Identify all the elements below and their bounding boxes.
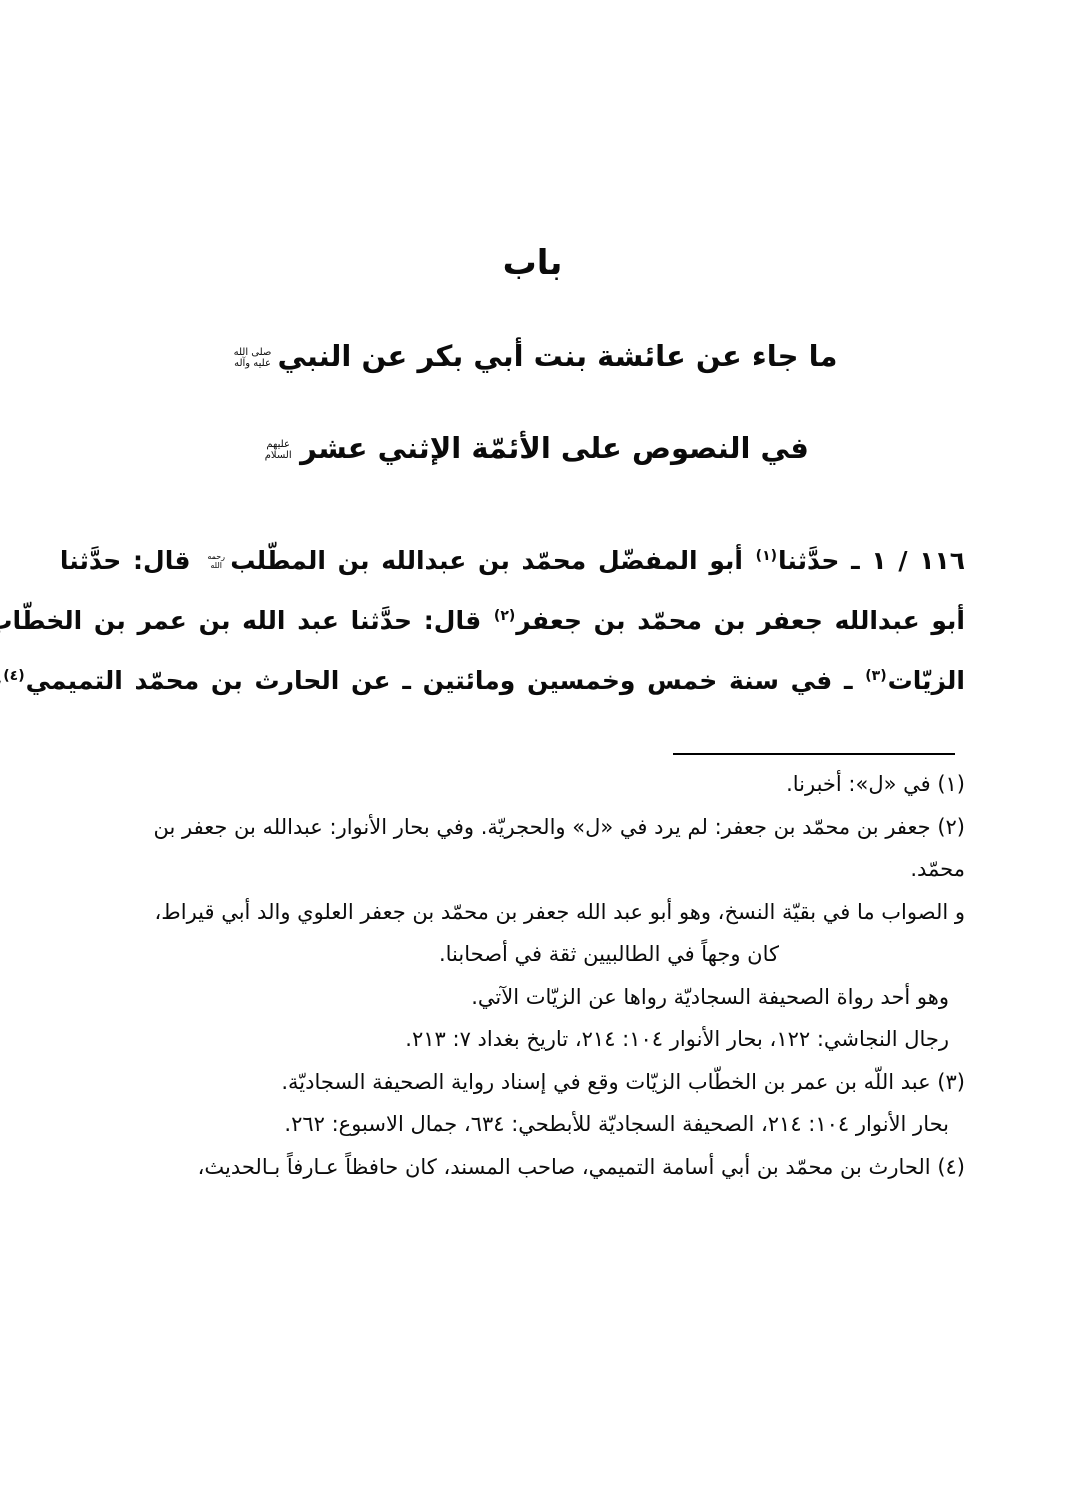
footnote-3-refs: بحار الأنوار ١٠٤: ٢١٤، الصحيفة السجاديّة… [100,1103,965,1146]
honorific-alayhim-assalam-icon: عليهم السلام [260,439,296,461]
section-subtitle-text: في النصوص على الأئمّة الإثني عشر [300,431,809,465]
section-subtitle: في النصوص على الأئمّة الإثني عشرعليهم ال… [100,431,965,465]
hadith-line-2: أبو عبدالله جعفر بن محمّد بن جعفر(٢) قال… [100,591,965,651]
footnote-2-line-2: محمّد. [100,848,965,891]
footnote-2-line-4: كان وجهاً في الطالبيين ثقة في أصحابنا. [100,933,965,976]
footnote-2-refs: رجال النجاشي: ١٢٢، بحار الأنوار ١٠٤: ٢١٤… [100,1018,965,1061]
book-page: باب ما جاء عن عائشة بنت أبي بكر عن النبي… [0,0,1067,1496]
footnote-2-line-5: وهو أحد رواة الصحيفة السجاديّة رواها عن … [100,976,965,1019]
chapter-heading: باب [100,243,965,283]
hadith-line-1: ١١٦ / ١ ـ حدَّثنا(١) أبو المفضّل محمّد ب… [100,531,965,591]
hadith-line-1-text: ١١٦ / ١ ـ حدَّثنا [778,546,965,575]
footnote-2-line-3: و الصواب ما في بقيّة النسخ، وهو أبو عبد … [100,891,965,934]
hadith-line-3-text: الزيّات [888,666,965,695]
footnote-ref-2: (٢) [494,608,515,624]
hadith-line-1-text3: قال: حدَّثنا [60,546,202,575]
section-title: ما جاء عن عائشة بنت أبي بكر عن النبيصلى … [100,339,965,373]
honorific-seal-icon: رحمه الله [204,553,228,571]
footnote-1: (١) في «ل»: أخبرنا. [100,763,965,806]
section-title-text: ما جاء عن عائشة بنت أبي بكر عن النبي [278,339,838,373]
hadith-paragraph: ١١٦ / ١ ـ حدَّثنا(١) أبو المفضّل محمّد ب… [100,531,965,711]
hadith-line-2-text: أبو عبدالله جعفر بن محمّد بن جعفر [516,606,965,635]
footnote-ref-4: (٤) [3,668,24,684]
footnote-separator [673,753,955,755]
footnote-ref-1: (١) [756,548,777,564]
hadith-line-3-text3: ، [0,666,2,695]
hadith-line-1-text2: أبو المفضّل محمّد بن عبدالله بن المطّلب [230,546,754,575]
hadith-line-3: الزيّات(٣) ـ في سنة خمس وخمسين ومائتين ـ… [100,651,965,711]
honorific-sallallahu-icon: صلى الله عليه وآله [232,347,274,369]
footnotes-block: (١) في «ل»: أخبرنا. (٢) جعفر بن محمّد بن… [100,763,965,1188]
footnote-3-line-1: (٣) عبد اللّه بن عمر بن الخطّاب الزيّات … [100,1061,965,1104]
hadith-line-3-text2: ـ في سنة خمس وخمسين ومائتين ـ عن الحارث … [26,666,865,695]
hadith-line-2-text2: قال: حدَّثنا عبد الله بن عمر بن الخطّاب [0,606,493,635]
footnote-ref-3: (٣) [865,668,886,684]
footnote-2-line-1: (٢) جعفر بن محمّد بن جعفر: لم يرد في «ل»… [100,806,965,849]
footnote-4-line-1: (٤) الحارث بن محمّد بن أبي أسامة التميمي… [100,1146,965,1189]
